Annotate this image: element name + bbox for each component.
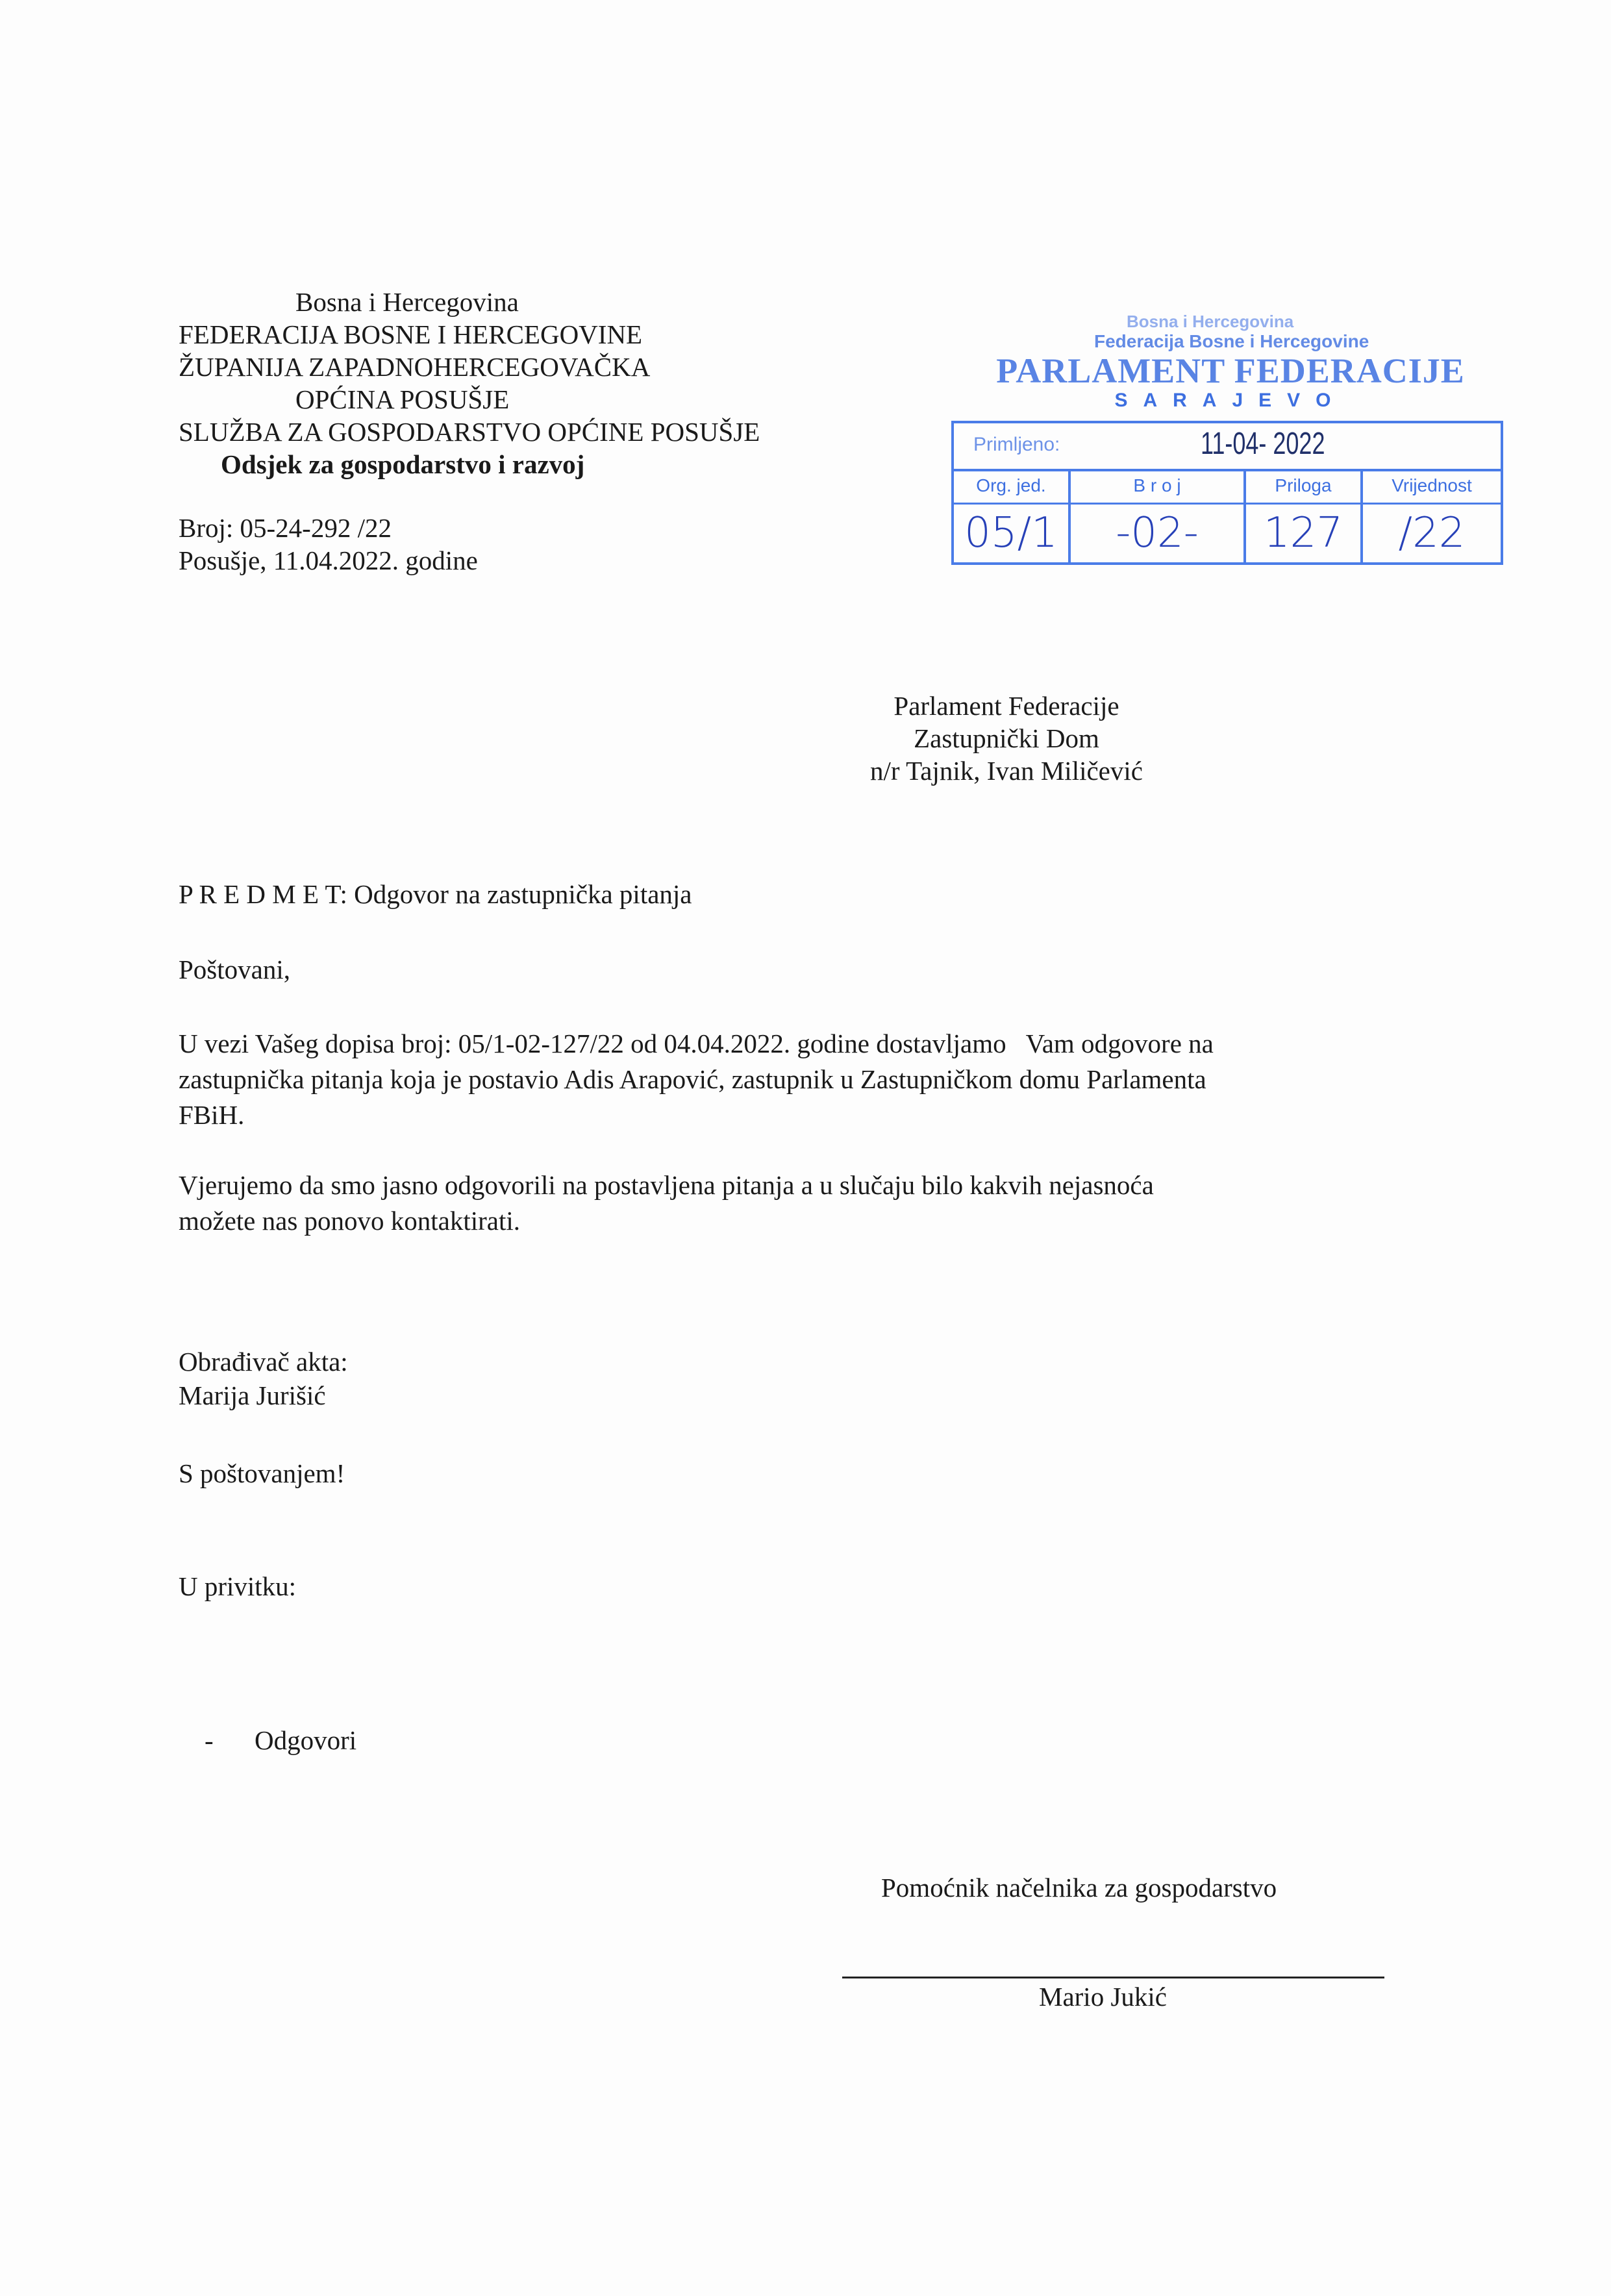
stamp-cell-attachments: Priloga 127 <box>1246 469 1363 562</box>
stamp-received-date: 11-04- 2022 <box>1201 426 1325 462</box>
stamp-cell-header: B r o j <box>1071 469 1243 505</box>
stamp-cell-value: /22 <box>1363 505 1501 562</box>
stamp-country: Bosna i Hercegovina <box>1127 312 1293 332</box>
reference-number: Broj: 05-24-292 /22 <box>179 512 925 544</box>
stamp-federation: Federacija Bosne i Hercegovine <box>1094 331 1369 352</box>
recipient-line: Parlament Federacije <box>779 690 1234 722</box>
receipt-stamp: Bosna i Hercegovina Federacija Bosne i H… <box>945 305 1516 578</box>
paragraph-line: Vjerujemo da smo jasno odgovorili na pos… <box>179 1167 1412 1203</box>
stamp-parliament: PARLAMENT FEDERACIJE <box>945 351 1516 391</box>
stamp-received-row: Primljeno: 11-04- 2022 <box>954 423 1501 471</box>
place-date: Posušje, 11.04.2022. godine <box>179 544 925 577</box>
stamp-city: SARAJEVO <box>945 390 1516 412</box>
letterhead-country: Bosna i Hercegovina <box>179 286 925 318</box>
letterhead-county: ŽUPANIJA ZAPADNOHERCEGOVAČKA <box>179 351 925 383</box>
processor-name: Marija Jurišić <box>179 1379 326 1412</box>
processor-label: Obrađivač akta: <box>179 1345 348 1378</box>
letterhead-department: Odsjek za gospodarstvo i razvoj <box>179 448 925 480</box>
stamp-cell-value: -02- <box>1071 505 1243 562</box>
letterhead: Bosna i Hercegovina FEDERACIJA BOSNE I H… <box>179 286 925 577</box>
paragraph-line: zastupnička pitanja koja je postavio Adi… <box>179 1062 1412 1097</box>
bullet-dash-icon: - <box>205 1724 214 1756</box>
stamp-cell-header: Org. jed. <box>954 469 1068 505</box>
salutation: Poštovani, <box>179 953 290 986</box>
attachment-label: U privitku: <box>179 1570 296 1603</box>
letterhead-service: SLUŽBA ZA GOSPODARSTVO OPĆINE POSUŠJE <box>179 416 925 448</box>
signatory-title: Pomoćnik načelnika za gospodarstvo <box>881 1871 1277 1904</box>
recipient-line: Zastupnički Dom <box>779 722 1234 755</box>
stamp-cell-value: 05/1 <box>954 505 1068 562</box>
subject-line: P R E D M E T: Odgovor na zastupnička pi… <box>179 878 692 910</box>
stamp-cell-header: Priloga <box>1246 469 1360 505</box>
stamp-received-label: Primljeno: <box>973 434 1060 456</box>
stamp-cell-number: B r o j -02- <box>1071 469 1246 562</box>
letterhead-municipality: OPĆINA POSUŠJE <box>179 383 925 416</box>
paragraph-line: možete nas ponovo kontaktirati. <box>179 1203 1412 1239</box>
recipient-block: Parlament Federacije Zastupnički Dom n/r… <box>779 690 1234 787</box>
body-paragraph-2: Vjerujemo da smo jasno odgovorili na pos… <box>179 1167 1412 1239</box>
signature-line <box>842 1977 1384 1978</box>
stamp-cell-header: Vrijednost <box>1363 469 1501 505</box>
body-paragraph-1: U vezi Vašeg dopisa broj: 05/1-02-127/22… <box>179 1026 1412 1133</box>
stamp-registry-box: Primljeno: 11-04- 2022 Org. jed. 05/1 B … <box>951 421 1503 565</box>
paragraph-line: FBiH. <box>179 1097 1412 1133</box>
letterhead-federation: FEDERACIJA BOSNE I HERCEGOVINE <box>179 318 925 351</box>
signatory-name: Mario Jukić <box>1039 1980 1167 2013</box>
attachment-item: Odgovori <box>255 1724 356 1756</box>
stamp-cell-value-col: Vrijednost /22 <box>1363 469 1501 562</box>
closing: S poštovanjem! <box>179 1457 345 1490</box>
paragraph-line: U vezi Vašeg dopisa broj: 05/1-02-127/22… <box>179 1026 1412 1062</box>
recipient-line: n/r Tajnik, Ivan Miličević <box>779 755 1234 787</box>
stamp-cell-org-unit: Org. jed. 05/1 <box>954 469 1071 562</box>
stamp-cell-value: 127 <box>1246 505 1360 562</box>
